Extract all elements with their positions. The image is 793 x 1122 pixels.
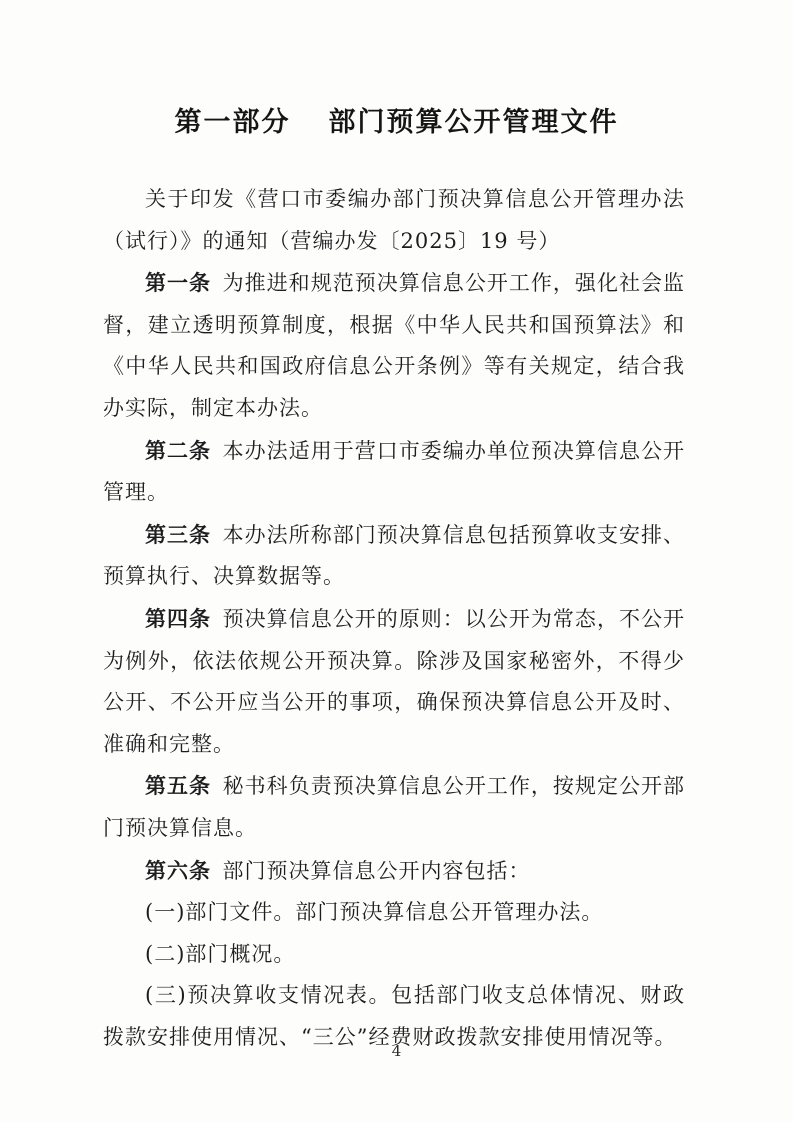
paragraph-text: (二)部门概况。 xyxy=(145,942,295,966)
title-name-label: 部门预算公开管理文件 xyxy=(329,100,619,139)
paragraph: (二)部门概况。 xyxy=(103,934,685,976)
paragraph: 第六条部门预决算信息公开内容包括： xyxy=(103,850,685,893)
page-title: 第一部分 部门预算公开管理文件 xyxy=(0,100,793,139)
paragraph: 第五条秘书科负责预决算信息公开工作，按规定公开部门预决算信息。 xyxy=(103,765,685,849)
paragraph: (一)部门文件。部门预决算信息公开管理办法。 xyxy=(103,892,685,934)
page-number: 4 xyxy=(0,1042,793,1060)
article-number-label: 第四条 xyxy=(145,606,211,631)
article-number-label: 第三条 xyxy=(145,522,211,547)
article-number-label: 第一条 xyxy=(145,270,211,295)
paragraph-text: (三)预决算收支情况表。包括部门收支总体情况、财政拨款安排使用情况、“三公”经费… xyxy=(103,983,685,1049)
paragraph: 第三条本办法所称部门预决算信息包括预算收支安排、预算执行、决算数据等。 xyxy=(103,514,685,598)
article-number-label: 第五条 xyxy=(145,773,211,798)
paragraph: 第一条为推进和规范预决算信息公开工作，强化社会监督，建立透明预算制度，根据《中华… xyxy=(103,262,685,429)
paragraph: 关于印发《营口市委编办部门预决算信息公开管理办法（试行）》的通知（营编办发〔20… xyxy=(103,179,685,262)
paragraph: 第四条预决算信息公开的原则：以公开为常态，不公开为例外，依法依规公开预决算。除涉… xyxy=(103,598,685,765)
paragraph-text: 关于印发《营口市委编办部门预决算信息公开管理办法（试行）》的通知（营编办发〔20… xyxy=(103,187,685,253)
article-number-label: 第六条 xyxy=(145,858,211,883)
paragraph-text: (一)部门文件。部门预决算信息公开管理办法。 xyxy=(145,900,603,924)
paragraph: 第二条本办法适用于营口市委编办单位预决算信息公开管理。 xyxy=(103,430,685,514)
title-part-label: 第一部分 xyxy=(175,100,291,139)
document-page: 第一部分 部门预算公开管理文件 关于印发《营口市委编办部门预决算信息公开管理办法… xyxy=(0,0,793,1122)
paragraph-text: 部门预决算信息公开内容包括： xyxy=(223,859,531,883)
document-body: 关于印发《营口市委编办部门预决算信息公开管理办法（试行）》的通知（营编办发〔20… xyxy=(103,179,685,1058)
article-number-label: 第二条 xyxy=(145,438,211,463)
